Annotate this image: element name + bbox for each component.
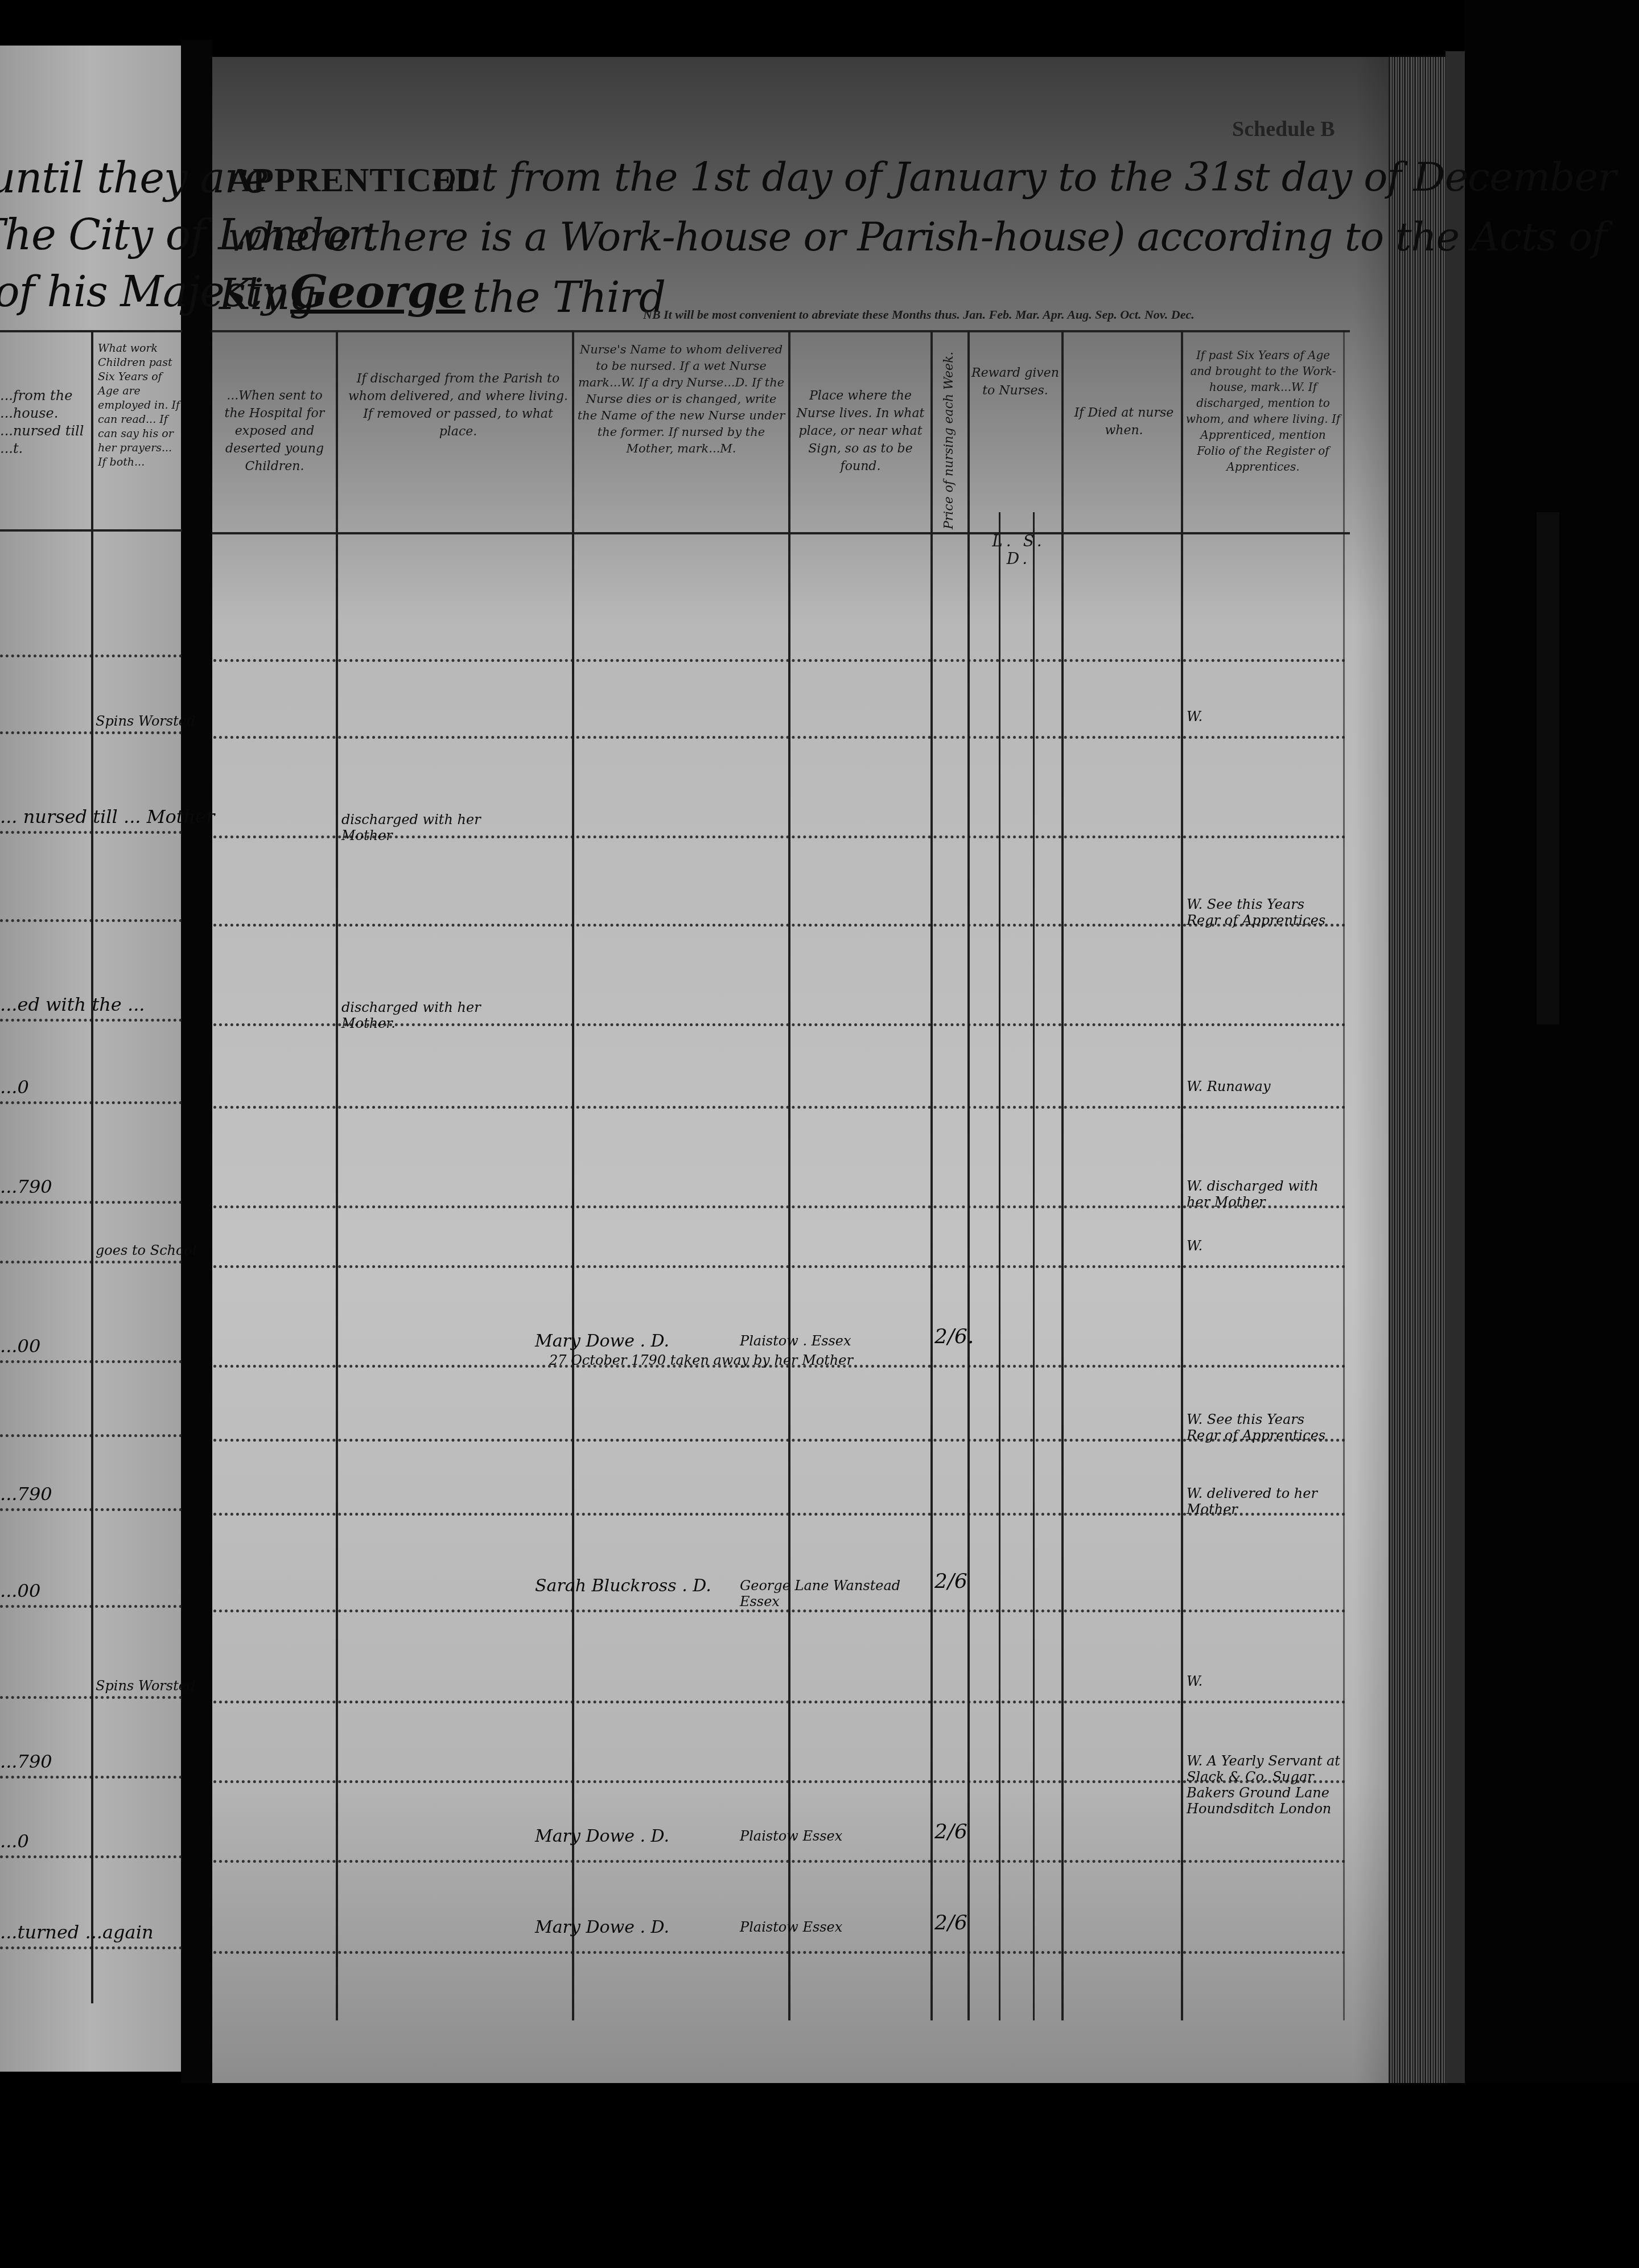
entry-left-fragment: ...0 bbox=[0, 1831, 29, 1851]
entry-left-fragment: ...790 bbox=[0, 1752, 52, 1771]
title-line2-right: where there is a Work-house or Parish-ho… bbox=[228, 213, 1606, 260]
row-dotted-rule-left bbox=[0, 1434, 182, 1437]
entry-remark: W. delivered to her Mother bbox=[1187, 1485, 1340, 1517]
row-dotted-rule-left bbox=[0, 1261, 182, 1263]
title-line3-right: the Third bbox=[472, 273, 665, 322]
entry-nurse-place: Plaistow Essex bbox=[740, 1919, 928, 1935]
row-dotted-rule-left bbox=[0, 831, 182, 834]
entry-left-fragment: ...ed with the ... bbox=[0, 995, 145, 1014]
header-work-employed: What work Children past Six Years of Age… bbox=[98, 341, 182, 470]
row-dotted-rule-left bbox=[0, 1855, 182, 1858]
entry-remark: W. bbox=[1187, 709, 1340, 725]
column-rule bbox=[1061, 330, 1064, 2020]
header-discharged: If discharged from the Parish to whom de… bbox=[347, 370, 569, 441]
entry-left-fragment: ...00 bbox=[0, 1581, 40, 1600]
row-dotted-rule-left bbox=[0, 731, 182, 734]
entry-price: 2/6 bbox=[934, 1822, 967, 1842]
entry-left-fragment: ... nursed till ... Mother bbox=[0, 807, 215, 826]
entry-nurse-name: Mary Dowe . D. bbox=[535, 1918, 669, 1937]
header-top-rule bbox=[212, 330, 1350, 332]
entry-remark: W. discharged with her Mother bbox=[1187, 1178, 1340, 1210]
top-shadow bbox=[0, 0, 1639, 63]
row-dotted-rule-left bbox=[0, 919, 182, 922]
entry-discharged: discharged with her Mother bbox=[341, 812, 512, 843]
page-stack bbox=[1389, 57, 1451, 2094]
entry-price: 2/6 bbox=[934, 1572, 967, 1591]
header-past-six: If past Six Years of Age and brought to … bbox=[1185, 347, 1341, 475]
entry-left-fragment: ...turned ...again bbox=[0, 1923, 153, 1942]
entry-left-fragment: ...0 bbox=[0, 1077, 29, 1097]
row-dotted-rule-left bbox=[0, 1101, 182, 1104]
column-rule bbox=[91, 330, 93, 2003]
right-background bbox=[1465, 0, 1639, 2268]
entry-price: 2/6. bbox=[934, 1327, 974, 1347]
row-dotted-rule-left bbox=[0, 1946, 182, 1949]
column-rule bbox=[930, 330, 933, 2020]
row-dotted-rule-left bbox=[0, 1605, 182, 1608]
row-dotted-rule bbox=[213, 1610, 1346, 1612]
title-line1-right: out from the 1st day of January to the 3… bbox=[433, 154, 1616, 200]
column-rule bbox=[1181, 330, 1183, 2020]
entry-work: goes to School bbox=[96, 1242, 197, 1258]
row-dotted-rule bbox=[213, 1780, 1346, 1783]
row-dotted-rule-left bbox=[0, 1360, 182, 1363]
row-dotted-rule-left bbox=[0, 1201, 182, 1204]
header-reward: Reward given to Nurses. bbox=[971, 364, 1060, 400]
entry-discharged: discharged with her Mother. bbox=[341, 999, 512, 1031]
entry-left-fragment: ...00 bbox=[0, 1336, 40, 1356]
column-rule bbox=[967, 330, 970, 2020]
header-nurse-name: Nurse's Name to whom delivered to be nur… bbox=[576, 341, 786, 457]
entry-price: 2/6 bbox=[934, 1913, 967, 1933]
row-dotted-rule bbox=[213, 1513, 1346, 1516]
row-dotted-rule bbox=[213, 1701, 1346, 1703]
row-dotted-rule bbox=[213, 1860, 1346, 1863]
column-rule bbox=[572, 330, 574, 2020]
entry-remark: W. See this Years Regr of Apprentices bbox=[1187, 896, 1340, 928]
row-dotted-rule bbox=[213, 1265, 1346, 1268]
row-dotted-rule bbox=[213, 1205, 1346, 1208]
header-reward-lsd: L. S. D. bbox=[976, 532, 1061, 567]
entry-nurse-note: 27 October 1790 taken away by her Mother bbox=[549, 1352, 853, 1368]
entry-nurse-place: George Lane Wanstead Essex bbox=[740, 1578, 928, 1610]
row-dotted-rule-left bbox=[0, 1776, 182, 1779]
header-died: If Died at nurse when. bbox=[1070, 404, 1178, 439]
header-hospital: ...When sent to the Hospital for exposed… bbox=[216, 387, 333, 475]
row-dotted-rule bbox=[213, 924, 1346, 927]
row-dotted-rule bbox=[213, 659, 1346, 662]
row-dotted-rule bbox=[213, 736, 1346, 739]
entry-remark: W. Runaway bbox=[1187, 1079, 1340, 1094]
abbreviation-note: NB It will be most convenient to abrevia… bbox=[643, 307, 1195, 322]
entry-work: Spins Worsted bbox=[96, 713, 195, 729]
row-dotted-rule-left bbox=[0, 655, 182, 657]
header-bottom-rule bbox=[212, 532, 1350, 534]
entry-left-fragment: ...790 bbox=[0, 1484, 52, 1504]
header-nurse-place: Place where the Nurse lives. In what pla… bbox=[792, 387, 929, 475]
entry-work: Spins Worsted bbox=[96, 1678, 195, 1694]
entry-remark: W. bbox=[1187, 1673, 1340, 1689]
title-george: George bbox=[290, 266, 466, 318]
column-rule bbox=[336, 330, 338, 2020]
header-from-workhouse: ...from the ...house. ...nursed till ...… bbox=[0, 387, 90, 458]
entry-remark: W. A Yearly Servant at Slack & Co. Sugar… bbox=[1187, 1753, 1340, 1817]
entry-nurse-name: Mary Dowe . D. bbox=[535, 1827, 669, 1846]
header-price-nursing: Price of nursing each Week. bbox=[940, 352, 958, 529]
column-rule bbox=[788, 330, 790, 2020]
book-gutter bbox=[181, 40, 212, 2089]
cover-rib bbox=[1537, 512, 1559, 1024]
entry-nurse-place: Plaistow Essex bbox=[740, 1828, 928, 1844]
entry-remark: W. bbox=[1187, 1238, 1340, 1254]
column-rule bbox=[1343, 330, 1345, 2020]
book-binding bbox=[1446, 51, 1465, 2094]
entry-left-fragment: ...790 bbox=[0, 1177, 52, 1196]
row-dotted-rule-left bbox=[0, 1019, 182, 1022]
entry-nurse-name: Sarah Bluckross . D. bbox=[535, 1577, 711, 1596]
row-dotted-rule bbox=[213, 1951, 1346, 1954]
row-dotted-rule-left bbox=[0, 1508, 182, 1511]
entry-nurse-place: Plaistow . Essex bbox=[740, 1333, 928, 1349]
row-dotted-rule-left bbox=[0, 1696, 182, 1699]
entry-remark: W. See this Years Regr of Apprentices bbox=[1187, 1411, 1340, 1443]
schedule-label: Schedule B bbox=[1232, 117, 1335, 142]
row-dotted-rule bbox=[213, 1106, 1346, 1109]
entry-nurse-name: Mary Dowe . D. bbox=[535, 1332, 669, 1351]
row-dotted-rule bbox=[213, 1439, 1346, 1442]
bottom-shadow bbox=[0, 2083, 1639, 2268]
